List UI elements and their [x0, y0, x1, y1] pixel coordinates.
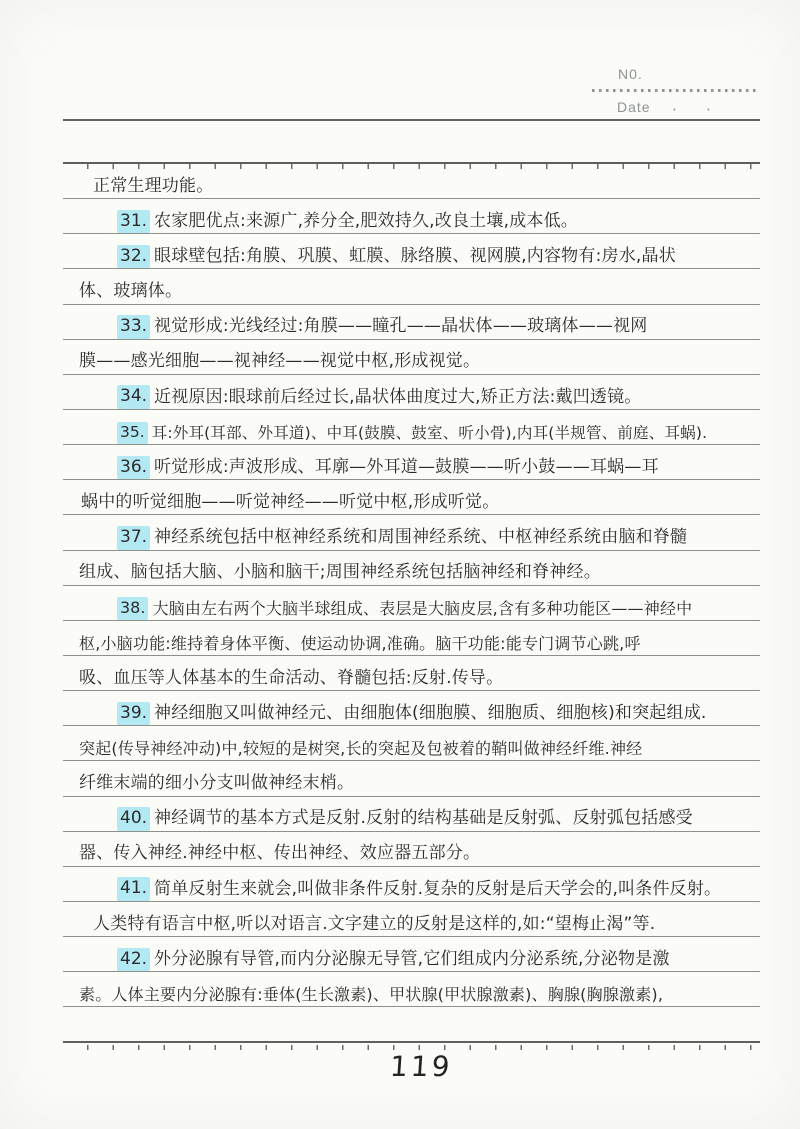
note-line: 34.近视原因:眼球前后经过长,晶状体曲度过大,矫正方法:戴凹透镜。	[63, 375, 760, 410]
note-line: 素。人体主要内分泌腺有:垂体(生长激素)、甲状腺(甲状腺激素)、胸腺(胸腺激素)…	[63, 972, 760, 1007]
highlighted-item-number: 39.	[117, 702, 150, 726]
note-line: 蜗中的听觉细胞——听觉神经——听觉中枢,形成听觉。	[63, 480, 760, 515]
note-line: 42.外分泌腺有导管,而内分泌腺无导管,它们组成内分泌系统,分泌物是激	[63, 937, 760, 972]
highlighted-item-number: 38.	[117, 597, 148, 619]
note-text: 纤维末端的细小分支叫做神经末梢。	[79, 773, 354, 795]
note-text: 组成、脑包括大脑、小脑和脑干;周围神经系统包括脑神经和脊神经。	[79, 562, 601, 584]
note-text: 器、传入神经.神经中枢、传出神经、效应器五部分。	[79, 843, 480, 865]
note-line: 36.听觉形成:声波形成、耳廓—外耳道—鼓膜——听小鼓——耳蜗—耳	[63, 445, 760, 480]
date-separator-dot: ·	[672, 101, 677, 119]
note-text: 外分泌腺有导管,而内分泌腺无导管,它们组成内分泌系统,分泌物是激	[154, 949, 670, 971]
note-text: 体、玻璃体。	[79, 281, 182, 303]
note-line: 膜——感光细胞——视神经——视觉中枢,形成视觉。	[63, 340, 760, 375]
note-text: 素。人体主要内分泌腺有:垂体(生长激素)、甲状腺(甲状腺激素)、胸腺(胸腺激素)…	[79, 985, 663, 1006]
notebook-page: N0. Date · · 正常生理功能。31.农家肥优点:来源广,养分全,肥效持…	[0, 0, 800, 1129]
highlighted-item-number: 32.	[117, 245, 150, 269]
note-text: 神经细胞又叫做神经元、由细胞体(细胞膜、细胞质、细胞核)和突起组成.	[154, 703, 706, 725]
note-text: 简单反射生来就会,叫做非条件反射.复杂的反射是后天学会的,叫条件反射。	[154, 879, 721, 901]
note-line: 人类特有语言中枢,听以对语言.文字建立的反射是这样的,如:“望梅止渴”等.	[63, 902, 760, 937]
note-line: 枢,小脑功能:维持着身体平衡、使运动协调,准确。脑干功能:能专门调节心跳,呼	[63, 621, 760, 656]
note-line: 正常生理功能。	[63, 164, 760, 199]
note-line: 纤维末端的细小分支叫做神经末梢。	[63, 761, 760, 796]
note-line: 40.神经调节的基本方式是反射.反射的结构基础是反射弧、反射弧包括感受	[63, 797, 760, 832]
no-label: N0.	[618, 66, 643, 82]
note-text: 正常生理功能。	[93, 176, 213, 198]
highlighted-item-number: 41.	[117, 877, 150, 901]
no-dotted-line	[592, 89, 756, 92]
highlighted-item-number: 42.	[117, 948, 150, 972]
note-text: 突起(传导神经冲动)中,较短的是树突,长的突起及包被着的鞘叫做神经纤维.神经	[79, 739, 642, 760]
highlighted-item-number: 40.	[117, 807, 150, 831]
note-text: 神经系统包括中枢神经系统和周围神经系统、中枢神经系统由脑和脊髓	[154, 527, 687, 549]
note-text: 大脑由左右两个大脑半球组成、表层是大脑皮层,含有多种功能区——神经中	[152, 599, 692, 620]
note-text: 吸、血压等人体基本的生命活动、脊髓包括:反射.传导。	[79, 668, 503, 690]
note-line: 37.神经系统包括中枢神经系统和周围神经系统、中枢神经系统由脑和脊髓	[63, 515, 760, 550]
note-text: 蜗中的听觉细胞——听觉神经——听觉中枢,形成听觉。	[81, 492, 499, 514]
note-line: 突起(传导神经冲动)中,较短的是树突,长的突起及包被着的鞘叫做神经纤维.神经	[63, 726, 760, 761]
highlighted-item-number: 33.	[117, 315, 150, 339]
note-line: 31.农家肥优点:来源广,养分全,肥效持久,改良土壤,成本低。	[63, 199, 760, 234]
note-line: 39.神经细胞又叫做神经元、由细胞体(细胞膜、细胞质、细胞核)和突起组成.	[63, 691, 760, 726]
note-line: 33.视觉形成:光线经过:角膜——瞳孔——晶状体——玻璃体——视网	[63, 305, 760, 340]
note-text: 人类特有语言中枢,听以对语言.文字建立的反射是这样的,如:“望梅止渴”等.	[93, 914, 655, 936]
highlighted-item-number: 36.	[117, 456, 150, 480]
note-line	[63, 1007, 760, 1042]
ruled-sheet: 正常生理功能。31.农家肥优点:来源广,养分全,肥效持久,改良土壤,成本低。32…	[63, 162, 760, 1043]
note-text: 枢,小脑功能:维持着身体平衡、使运动协调,准确。脑干功能:能专门调节心跳,呼	[79, 634, 641, 655]
note-text: 听觉形成:声波形成、耳廓—外耳道—鼓膜——听小鼓——耳蜗—耳	[154, 457, 659, 479]
highlighted-item-number: 35.	[117, 422, 148, 444]
page-number: 119	[389, 1050, 454, 1083]
note-line: 吸、血压等人体基本的生命活动、脊髓包括:反射.传导。	[63, 656, 760, 691]
highlighted-item-number: 37.	[117, 526, 150, 550]
note-line: 35.耳:外耳(耳部、外耳道)、中耳(鼓膜、鼓室、听小骨),内耳(半规管、前庭、…	[63, 410, 760, 445]
header-rule-line	[63, 119, 760, 121]
note-line: 体、玻璃体。	[63, 269, 760, 304]
top-tick-marks	[63, 164, 760, 169]
note-line: 32.眼球壁包括:角膜、巩膜、虹膜、脉络膜、视网膜,内容物有:房水,晶状	[63, 234, 760, 269]
note-line: 41.简单反射生来就会,叫做非条件反射.复杂的反射是后天学会的,叫条件反射。	[63, 867, 760, 902]
note-text: 视觉形成:光线经过:角膜——瞳孔——晶状体——玻璃体——视网	[154, 316, 647, 338]
note-text: 农家肥优点:来源广,养分全,肥效持久,改良土壤,成本低。	[154, 211, 578, 233]
note-text: 膜——感光细胞——视神经——视觉中枢,形成视觉。	[79, 351, 480, 373]
date-label: Date	[617, 99, 651, 115]
note-text: 近视原因:眼球前后经过长,晶状体曲度过大,矫正方法:戴凹透镜。	[154, 387, 641, 409]
highlighted-item-number: 31.	[117, 210, 150, 234]
note-line: 器、传入神经.神经中枢、传出神经、效应器五部分。	[63, 832, 760, 867]
note-line: 38.大脑由左右两个大脑半球组成、表层是大脑皮层,含有多种功能区——神经中	[63, 586, 760, 621]
note-text: 眼球壁包括:角膜、巩膜、虹膜、脉络膜、视网膜,内容物有:房水,晶状	[154, 246, 676, 268]
date-separator-dot: ·	[706, 101, 711, 119]
highlighted-item-number: 34.	[117, 385, 150, 409]
note-text: 耳:外耳(耳部、外耳道)、中耳(鼓膜、鼓室、听小骨),内耳(半规管、前庭、耳蜗)…	[152, 424, 708, 445]
note-text: 神经调节的基本方式是反射.反射的结构基础是反射弧、反射弧包括感受	[154, 808, 693, 830]
note-line: 组成、脑包括大脑、小脑和脑干;周围神经系统包括脑神经和脊神经。	[63, 551, 760, 586]
